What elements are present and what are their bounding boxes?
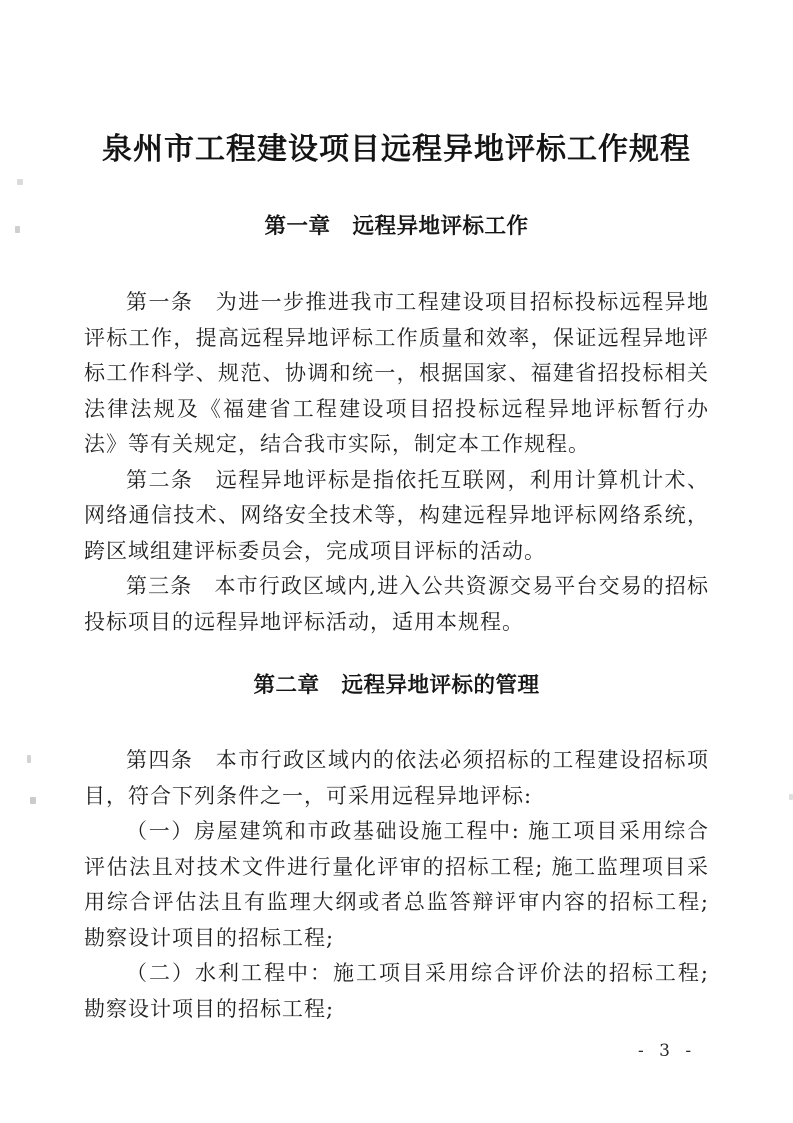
chapter-1-body: 第一条 为进一步推进我市工程建设项目招标投标远程异地评标工作，提高远程异地评标工… — [84, 285, 709, 640]
scan-speck — [15, 226, 20, 233]
paragraph-article-2: 第二条 远程异地评标是指依托互联网，利用计算机计术、网络通信技术、网络安全技术等… — [84, 463, 709, 570]
paragraph-article-4: 第四条 本市行政区域内的依法必须招标的工程建设招标项目，符合下列条件之一，可采用… — [84, 743, 709, 814]
scan-speck — [30, 797, 36, 804]
scan-speck — [789, 794, 793, 800]
chapter-1-heading: 第一章 远程异地评标工作 — [0, 214, 793, 240]
document-title: 泉州市工程建设项目远程异地评标工作规程 — [0, 0, 793, 169]
scan-speck — [27, 755, 31, 763]
scan-speck — [17, 179, 23, 185]
chapter-2-body: 第四条 本市行政区域内的依法必须招标的工程建设招标项目，符合下列条件之一，可采用… — [84, 743, 709, 1027]
paragraph-article-3: 第三条 本市行政区域内,进入公共资源交易平台交易的招标投标项目的远程异地评标活动… — [84, 569, 709, 640]
scanned-document-page: 泉州市工程建设项目远程异地评标工作规程 第一章 远程异地评标工作 第一条 为进一… — [0, 0, 793, 1123]
paragraph-item-1: （一）房屋建筑和市政基础设施工程中: 施工项目采用综合评估法且对技术文件进行量化… — [84, 814, 709, 956]
chapter-2-heading: 第二章 远程异地评标的管理 — [0, 673, 793, 699]
paragraph-item-2: （二）水利工程中：施工项目采用综合评价法的招标工程; 勘察设计项目的招标工程; — [84, 956, 709, 1027]
page-number: - 3 - — [638, 1041, 696, 1061]
paragraph-article-1: 第一条 为进一步推进我市工程建设项目招标投标远程异地评标工作，提高远程异地评标工… — [84, 285, 709, 463]
